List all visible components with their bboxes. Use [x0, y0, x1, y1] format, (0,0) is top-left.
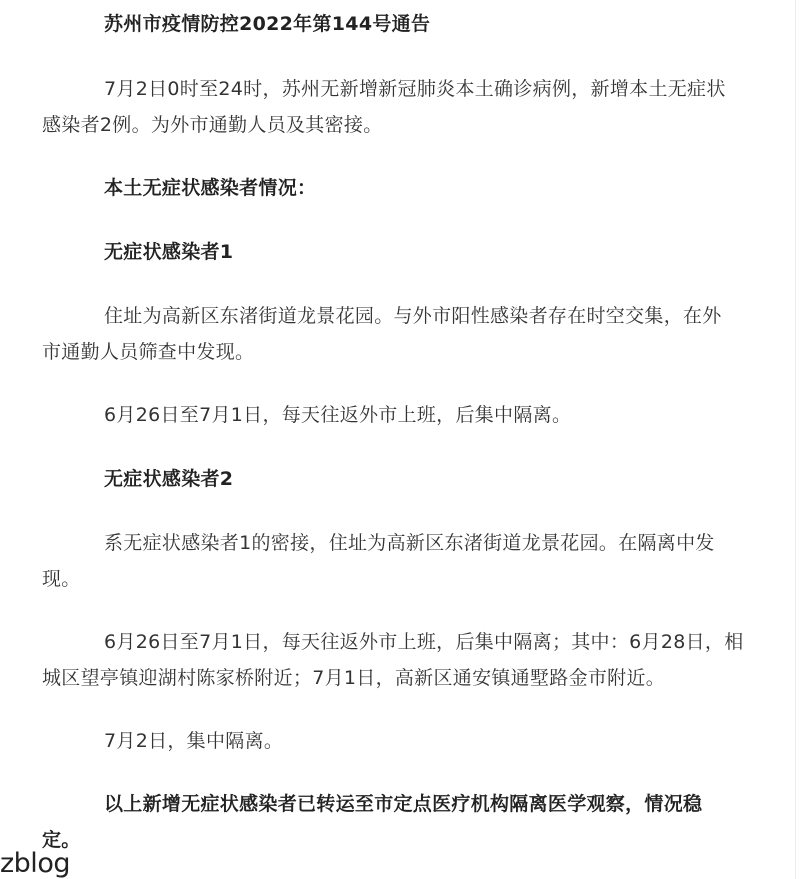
case1-heading-text: 无症状感染者1 [0, 234, 800, 270]
section-heading-text: 本土无症状感染者情况： [0, 170, 800, 206]
case2-activity-line-2: 城区望亭镇迎湖村陈家桥附近；7月1日，高新区通安镇通墅路金市附近。 [0, 660, 800, 696]
intro-line-2: 感染者2例。为外市通勤人员及其密接。 [0, 107, 800, 143]
watermark-text: zblog [0, 848, 70, 879]
case1-heading: 无症状感染者1 [0, 234, 800, 270]
notice-title-text: 苏州市疫情防控2022年第144号通告 [0, 6, 800, 42]
case2-address-paragraph: 系无症状感染者1的密接，住址为高新区东渚街道龙景花园。在隔离中发 现。 [0, 525, 800, 597]
case1-activity-line: 6月26日至7月1日，每天往返外市上班，后集中隔离。 [0, 397, 800, 433]
case2-heading: 无症状感染者2 [0, 461, 800, 497]
case1-address-line-2: 市通勤人员筛查中发现。 [0, 334, 800, 370]
conclusion-line-1: 以上新增无症状感染者已转运至市定点医疗机构隔离医学观察，情况稳 [0, 786, 800, 822]
case2-address-line-2: 现。 [0, 561, 800, 597]
intro-paragraph: 7月2日0时至24时，苏州无新增新冠肺炎本土确诊病例，新增本土无症状 感染者2例… [0, 71, 800, 143]
case1-address-paragraph: 住址为高新区东渚街道龙景花园。与外市阳性感染者存在时空交集，在外 市通勤人员筛查… [0, 298, 800, 370]
conclusion-paragraph: 以上新增无症状感染者已转运至市定点医疗机构隔离医学观察，情况稳 定。 [0, 786, 800, 858]
case1-activity-paragraph: 6月26日至7月1日，每天往返外市上班，后集中隔离。 [0, 397, 800, 433]
notice-title: 苏州市疫情防控2022年第144号通告 [0, 6, 800, 42]
case2-isolation-paragraph: 7月2日，集中隔离。 [0, 723, 800, 759]
case1-address-line-1: 住址为高新区东渚街道龙景花园。与外市阳性感染者存在时空交集，在外 [0, 298, 800, 334]
case2-activity-line-1: 6月26日至7月1日，每天往返外市上班，后集中隔离；其中：6月28日，相 [0, 624, 800, 660]
case2-heading-text: 无症状感染者2 [0, 461, 800, 497]
case2-isolation-line: 7月2日，集中隔离。 [0, 723, 800, 759]
intro-line-1: 7月2日0时至24时，苏州无新增新冠肺炎本土确诊病例，新增本土无症状 [0, 71, 800, 107]
case2-address-line-1: 系无症状感染者1的密接，住址为高新区东渚街道龙景花园。在隔离中发 [0, 525, 800, 561]
section-heading: 本土无症状感染者情况： [0, 170, 800, 206]
conclusion-line-2: 定。 [0, 822, 800, 858]
case2-activity-paragraph: 6月26日至7月1日，每天往返外市上班，后集中隔离；其中：6月28日，相 城区望… [0, 624, 800, 696]
